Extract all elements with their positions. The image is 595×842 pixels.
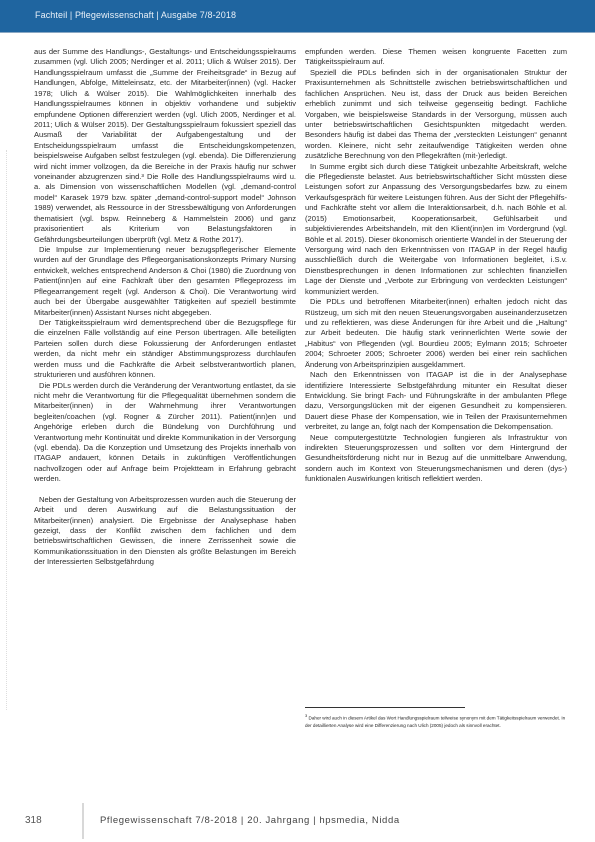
left-text-column: aus der Summe des Handlungs-, Gestaltung… (34, 47, 296, 568)
page-number: 318 (25, 815, 42, 826)
footnote: 3 Daher wird auch in diesem Artikel das … (305, 712, 567, 729)
paragraph: Der Tätigkeitsspielraum wird dementsprec… (34, 318, 296, 381)
paragraph: Die Impulse zur Implementierung neuer be… (34, 245, 296, 318)
running-header-title: Fachteil | Pflegewissenschaft | Ausgabe … (35, 10, 236, 20)
paragraph: Die PDLs und betroffenen Mitarbeiter(inn… (305, 297, 567, 370)
running-header-bar: Fachteil | Pflegewissenschaft | Ausgabe … (0, 0, 595, 33)
right-text-column: empfunden werden. Diese Themen weisen ko… (305, 47, 567, 485)
paragraph: Nach den Erkenntnissen von ITAGAP ist di… (305, 370, 567, 433)
paragraph: Speziell die PDLs befinden sich in der o… (305, 68, 567, 162)
footer-publication-info: Pflegewissenschaft 7/8-2018 | 20. Jahrga… (100, 815, 400, 826)
paragraph: Die PDLs werden durch die Veränderung de… (34, 381, 296, 485)
paragraph: empfunden werden. Diese Themen weisen ko… (305, 47, 567, 68)
paragraph: Neben der Gestaltung von Arbeitsprozesse… (34, 495, 296, 568)
paragraph: Neue computergestützte Technologien fung… (305, 433, 567, 485)
footnote-text: Daher wird auch in diesem Artikel das Wo… (305, 716, 565, 728)
footnote-marker: 3 (305, 713, 307, 718)
paragraph: aus der Summe des Handlungs-, Gestaltung… (34, 47, 296, 245)
footer-divider (82, 803, 84, 839)
margin-guide (6, 150, 7, 710)
paragraph: In Summe ergibt sich durch diese Tätigke… (305, 162, 567, 297)
footnote-divider (305, 707, 465, 708)
